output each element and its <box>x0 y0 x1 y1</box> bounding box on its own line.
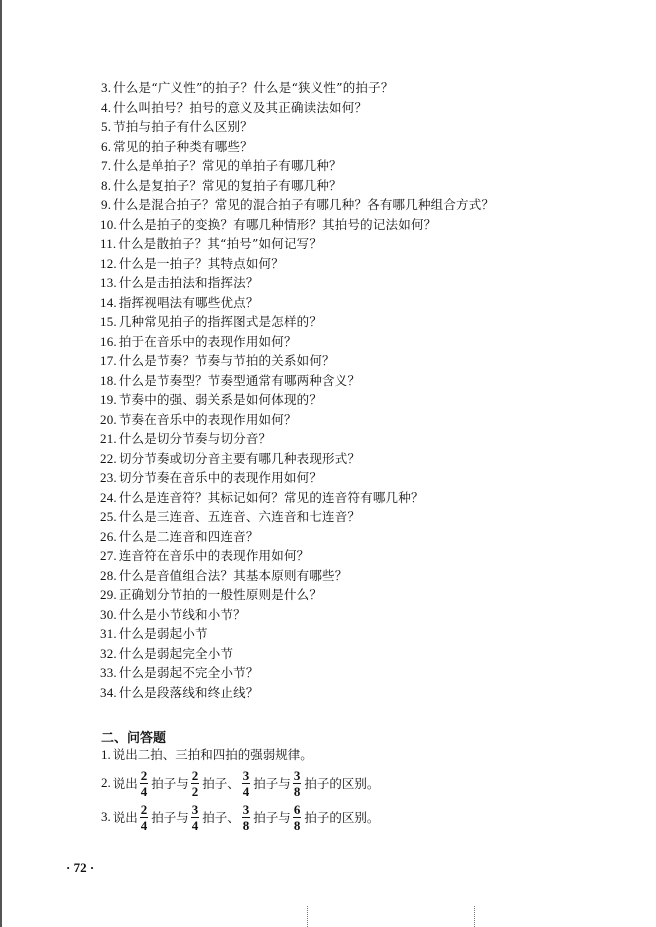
question-number: 4. <box>101 100 111 115</box>
question-number: 23. <box>100 470 117 485</box>
time-signature-fraction: 24 <box>140 803 149 832</box>
question-item: 31.什么是弱起小节 <box>100 624 494 644</box>
question-number: 19. <box>100 392 117 407</box>
question-number: 13. <box>100 275 117 290</box>
question-item: 28.什么是音值组合法？其基本原则有哪些？ <box>100 566 494 586</box>
page-edge-border <box>0 0 2 927</box>
question-text: 连音符在音乐中的表现作用如何？ <box>119 548 310 563</box>
question-text: 什么是弱起完全小节 <box>119 646 233 661</box>
question-item: 4.什么叫拍号？拍号的意义及其正确读法如何？ <box>101 98 494 118</box>
question-number: 31. <box>100 626 117 641</box>
question-number: 11. <box>100 236 116 251</box>
question-text: 什么是击拍法和指挥法？ <box>119 275 259 290</box>
question-text: 拍子与 <box>253 774 291 792</box>
question-item: 25.什么是三连音、五连音、六连音和七连音？ <box>100 507 494 527</box>
question-text: 什么是小节线和小节？ <box>119 607 246 622</box>
question-number: 25. <box>100 509 117 524</box>
question-number: 5. <box>101 119 111 134</box>
question-text: 什么是节奏型？节奏型通常有哪两种含义？ <box>119 373 360 388</box>
question-number: 30. <box>100 607 117 622</box>
question-item: 30.什么是小节线和小节？ <box>100 605 494 625</box>
review-question-list: 3.什么是“广义性”的拍子？什么是“狭义性”的拍子？ 4.什么叫拍号？拍号的意义… <box>101 78 494 702</box>
qa-item: 3. 说出 24 拍子与 34 拍子、 38 拍子与 68 拍子的区别。 <box>101 800 379 834</box>
qa-question-list: 1. 说出二拍、三拍和四拍的强弱规律。 2. 说出 24 拍子与 22 拍子、 … <box>101 744 379 834</box>
question-text: 切分节奏在音乐中的表现作用如何？ <box>119 470 322 485</box>
question-number: 22. <box>100 451 117 466</box>
question-number: 10. <box>100 217 117 232</box>
question-text: 什么是“广义性”的拍子？什么是“狭义性”的拍子？ <box>113 80 393 95</box>
time-signature-fraction: 34 <box>191 803 200 832</box>
time-signature-fraction: 68 <box>293 803 302 832</box>
question-number: 6. <box>101 139 111 154</box>
question-item: 5.节拍与拍子有什么区别？ <box>101 117 494 137</box>
question-text: 什么是拍子的变换？有哪几种情形？其拍号的记法如何？ <box>119 217 437 232</box>
question-text: 拍子、 <box>202 774 240 792</box>
question-number: 3. <box>101 809 111 825</box>
question-item: 15.几种常见拍子的指挥图式是怎样的？ <box>100 312 494 332</box>
question-item: 12.什么是一拍子？其特点如何？ <box>100 254 494 274</box>
question-item: 20.节奏在音乐中的表现作用如何？ <box>100 410 494 430</box>
question-text: 什么是弱起不完全小节？ <box>119 665 259 680</box>
question-text: 什么是三连音、五连音、六连音和七连音？ <box>119 509 360 524</box>
question-number: 12. <box>100 256 117 271</box>
question-number: 34. <box>100 685 117 700</box>
question-number: 21. <box>100 431 117 446</box>
question-text: 什么叫拍号？拍号的意义及其正确读法如何？ <box>113 100 367 115</box>
question-number: 28. <box>100 568 117 583</box>
question-text: 节奏在音乐中的表现作用如何？ <box>119 412 297 427</box>
question-text: 拍子与 <box>151 774 189 792</box>
question-text: 说出 <box>113 808 138 826</box>
question-text: 拍子、 <box>202 808 240 826</box>
question-number: 17. <box>100 353 117 368</box>
question-number: 20. <box>100 412 117 427</box>
question-item: 29.正确划分节拍的一般性原则是什么？ <box>100 585 494 605</box>
question-text: 什么是切分节奏与切分音？ <box>119 431 271 446</box>
question-number: 24. <box>100 490 117 505</box>
question-item: 16.拍于在音乐中的表现作用如何？ <box>100 332 494 352</box>
question-item: 32.什么是弱起完全小节 <box>100 644 494 664</box>
question-number: 29. <box>100 587 117 602</box>
question-number: 7. <box>101 158 111 173</box>
question-text: 指挥视唱法有哪些优点？ <box>119 295 259 310</box>
scan-artifact <box>307 906 309 927</box>
question-text: 切分节奏或切分音主要有哪几种表现形式？ <box>119 451 360 466</box>
time-signature-fraction: 22 <box>191 769 200 798</box>
scan-artifact <box>474 906 476 927</box>
question-text: 拍子与 <box>151 808 189 826</box>
question-item: 7.什么是单拍子？常见的单拍子有哪几种？ <box>101 156 494 176</box>
question-text: 什么是混合拍子？常见的混合拍子有哪几种？各有哪几种组合方式？ <box>113 197 494 212</box>
question-text: 什么是二连音和四连音？ <box>119 529 259 544</box>
question-text: 什么是一拍子？其特点如何？ <box>119 256 284 271</box>
qa-item: 1. 说出二拍、三拍和四拍的强弱规律。 <box>101 744 379 766</box>
question-text: 说出 <box>113 774 138 792</box>
question-item: 11.什么是散拍子？其“拍号”如何记写？ <box>100 234 494 254</box>
question-number: 33. <box>100 665 117 680</box>
question-item: 26.什么是二连音和四连音？ <box>100 527 494 547</box>
question-item: 19.节奏中的强、弱关系是如何体现的？ <box>100 390 494 410</box>
question-item: 8.什么是复拍子？常见的复拍子有哪几种？ <box>101 176 494 196</box>
question-item: 33.什么是弱起不完全小节？ <box>100 663 494 683</box>
question-text: 什么是连音符？其标记如何？常见的连音符有哪几种？ <box>119 490 424 505</box>
question-number: 26. <box>100 529 117 544</box>
question-item: 18.什么是节奏型？节奏型通常有哪两种含义？ <box>100 371 494 391</box>
question-item: 9.什么是混合拍子？常见的混合拍子有哪几种？各有哪几种组合方式？ <box>101 195 494 215</box>
question-text: 拍子的区别。 <box>304 808 379 826</box>
question-text: 正确划分节拍的一般性原则是什么？ <box>119 587 322 602</box>
question-text: 拍于在音乐中的表现作用如何？ <box>119 334 297 349</box>
question-item: 23.切分节奏在音乐中的表现作用如何？ <box>100 468 494 488</box>
question-number: 8. <box>101 178 111 193</box>
question-text: 什么是节奏？节奏与节拍的关系如何？ <box>119 353 335 368</box>
question-item: 13.什么是击拍法和指挥法？ <box>100 273 494 293</box>
question-item: 27.连音符在音乐中的表现作用如何？ <box>100 546 494 566</box>
question-text: 节奏中的强、弱关系是如何体现的？ <box>119 392 322 407</box>
question-number: 15. <box>100 314 117 329</box>
time-signature-fraction: 38 <box>293 769 302 798</box>
question-item: 17.什么是节奏？节奏与节拍的关系如何？ <box>100 351 494 371</box>
time-signature-fraction: 38 <box>242 803 251 832</box>
question-text: 拍子与 <box>253 808 291 826</box>
question-item: 10.什么是拍子的变换？有哪几种情形？其拍号的记法如何？ <box>100 215 494 235</box>
question-number: 18. <box>100 373 117 388</box>
question-item: 21.什么是切分节奏与切分音？ <box>100 429 494 449</box>
page-number: · 72 · <box>66 860 94 876</box>
question-item: 3.什么是“广义性”的拍子？什么是“狭义性”的拍子？ <box>101 78 494 98</box>
qa-item: 2. 说出 24 拍子与 22 拍子、 34 拍子与 38 拍子的区别。 <box>101 766 379 800</box>
question-text: 什么是音值组合法？其基本原则有哪些？ <box>119 568 348 583</box>
question-item: 34.什么是段落线和终止线？ <box>100 683 494 703</box>
question-item: 22.切分节奏或切分音主要有哪几种表现形式？ <box>100 449 494 469</box>
question-number: 9. <box>101 197 111 212</box>
question-number: 16. <box>100 334 117 349</box>
question-text: 什么是段落线和终止线？ <box>119 685 259 700</box>
time-signature-fraction: 34 <box>242 769 251 798</box>
question-text: 什么是弱起小节 <box>119 626 208 641</box>
question-text: 说出二拍、三拍和四拍的强弱规律。 <box>113 744 313 766</box>
question-text: 什么是复拍子？常见的复拍子有哪几种？ <box>113 178 342 193</box>
question-number: 3. <box>101 80 111 95</box>
question-text: 几种常见拍子的指挥图式是怎样的？ <box>119 314 322 329</box>
question-number: 1. <box>101 744 111 766</box>
question-text: 节拍与拍子有什么区别？ <box>113 119 253 134</box>
question-number: 32. <box>100 646 117 661</box>
question-text: 拍子的区别。 <box>304 774 379 792</box>
question-text: 常见的拍子种类有哪些？ <box>113 139 253 154</box>
time-signature-fraction: 24 <box>140 769 149 798</box>
question-item: 6.常见的拍子种类有哪些？ <box>101 137 494 157</box>
question-item: 24.什么是连音符？其标记如何？常见的连音符有哪几种？ <box>100 488 494 508</box>
question-text: 什么是单拍子？常见的单拍子有哪几种？ <box>113 158 342 173</box>
question-number: 27. <box>100 548 117 563</box>
question-text: 什么是散拍子？其“拍号”如何记写？ <box>118 236 322 251</box>
question-number: 14. <box>100 295 117 310</box>
question-item: 14.指挥视唱法有哪些优点？ <box>100 293 494 313</box>
question-number: 2. <box>101 775 111 791</box>
